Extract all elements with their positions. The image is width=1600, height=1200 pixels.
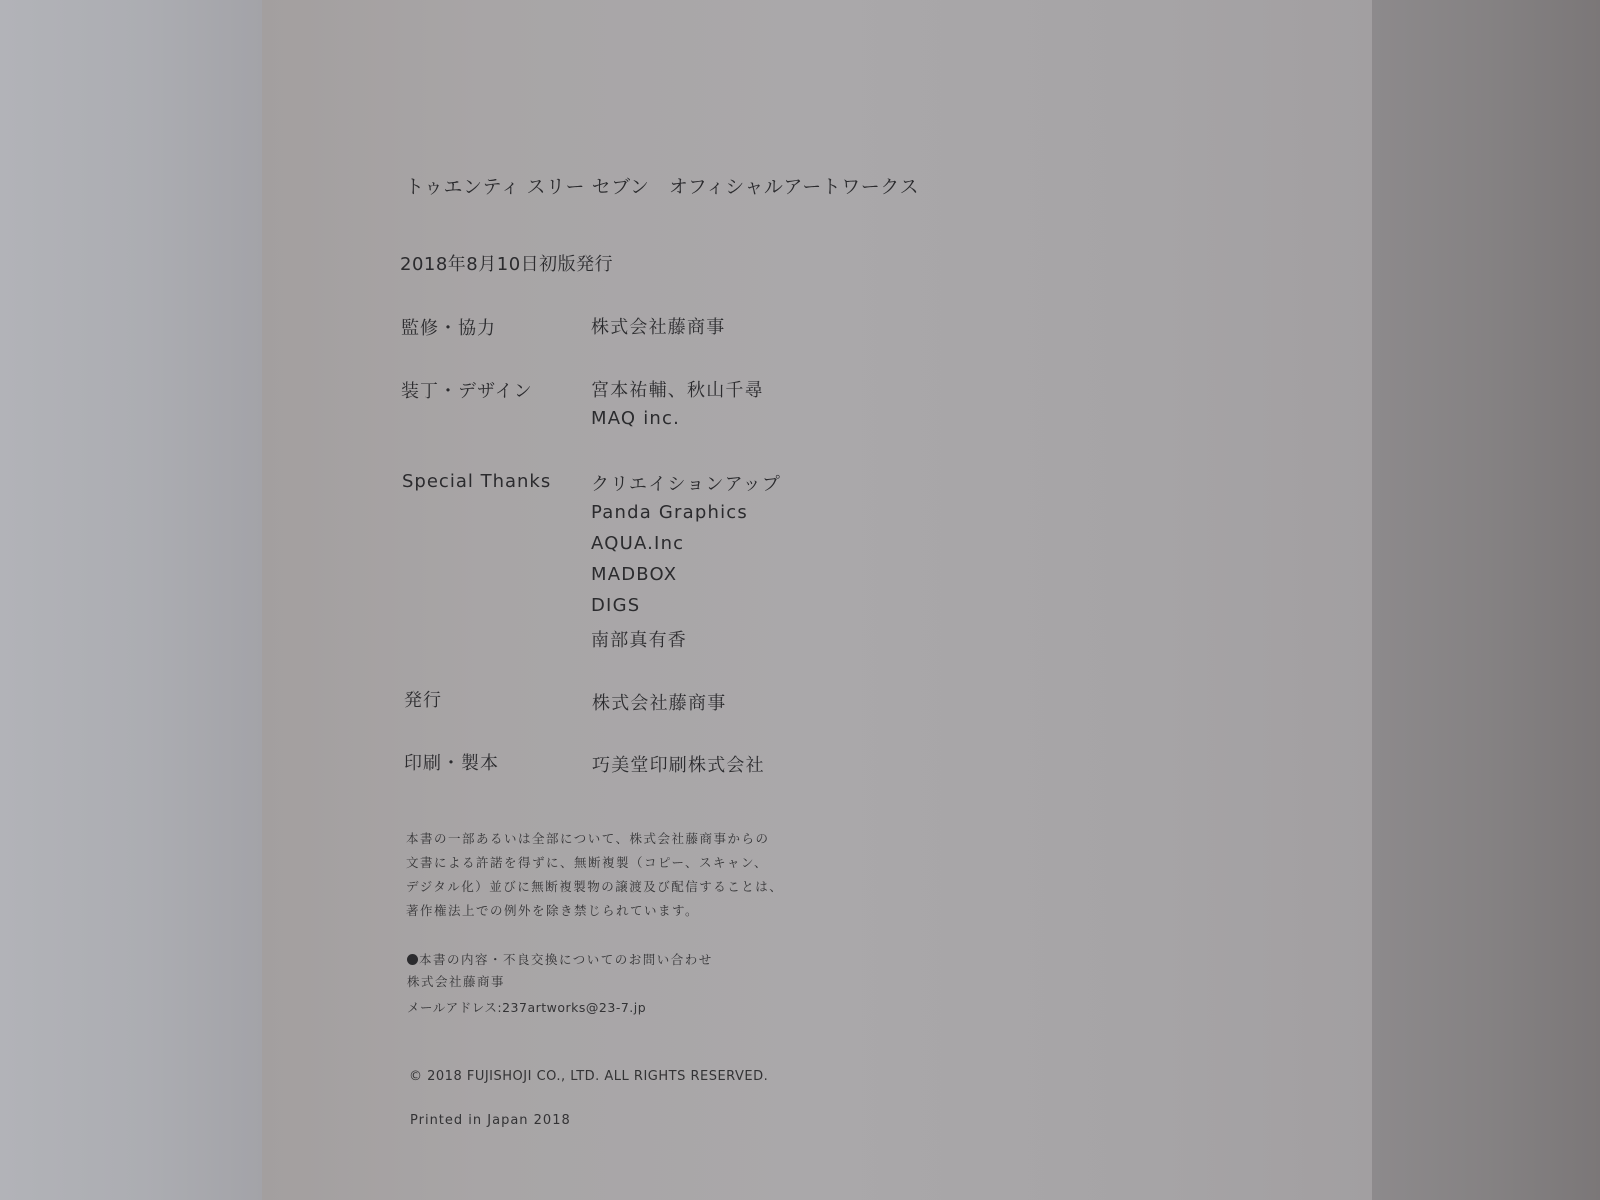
first-edition-date: 2018年8月10日初版発行 xyxy=(400,250,613,276)
book-title: トゥエンティ スリー セブン オフィシャルアートワークス xyxy=(405,172,919,199)
credit-label-publisher: 発行 xyxy=(404,686,442,712)
credit-value-supervision: 株式会社藤商事 xyxy=(591,313,725,339)
credit-value-thanks-2: Panda Graphics xyxy=(591,502,748,523)
credit-value-thanks-5: DIGS xyxy=(591,595,640,616)
credit-value-thanks-6: 南部真有香 xyxy=(591,626,687,652)
notice-line-4: 著作権法上での例外を除き禁じられています。 xyxy=(406,901,699,919)
printed-in-line: Printed in Japan 2018 xyxy=(410,1113,571,1128)
credit-value-design-2: MAQ inc. xyxy=(591,408,680,429)
credit-value-printing: 巧美堂印刷株式会社 xyxy=(592,751,765,777)
contact-heading: 本書の内容・不良交換についてのお問い合わせ xyxy=(407,950,713,968)
contact-email: メールアドレス:237artworks@23-7.jp xyxy=(407,998,646,1016)
credit-label-printing: 印刷・製本 xyxy=(404,749,499,775)
credit-label-special-thanks: Special Thanks xyxy=(402,471,551,492)
notice-line-3: デジタル化）並びに無断複製物の譲渡及び配信することは、 xyxy=(406,877,783,895)
credit-value-thanks-3: AQUA.Inc xyxy=(591,533,684,554)
notice-line-2: 文書による許諾を得ずに、無断複製（コピー、スキャン、 xyxy=(406,853,768,871)
credit-value-publisher: 株式会社藤商事 xyxy=(592,689,726,715)
credit-label-design: 装丁・デザイン xyxy=(401,377,533,403)
credit-value-thanks-4: MADBOX xyxy=(591,564,677,585)
previous-page-edge xyxy=(0,0,262,1200)
contact-company: 株式会社藤商事 xyxy=(407,972,505,990)
bullet-icon xyxy=(407,954,418,965)
colophon-page: トゥエンティ スリー セブン オフィシャルアートワークス 2018年8月10日初… xyxy=(262,0,1372,1200)
notice-line-1: 本書の一部あるいは全部について、株式会社藤商事からの xyxy=(406,829,770,847)
contact-heading-text: 本書の内容・不良交換についてのお問い合わせ xyxy=(419,952,713,967)
credit-value-design-1: 宮本祐輔、秋山千尋 xyxy=(591,376,764,402)
copyright-line: © 2018 FUJISHOJI CO., LTD. ALL RIGHTS RE… xyxy=(409,1069,768,1084)
credit-label-supervision: 監修・協力 xyxy=(401,314,496,340)
credit-value-thanks-1: クリエイションアップ xyxy=(591,470,781,496)
next-page-edge xyxy=(1372,0,1600,1200)
